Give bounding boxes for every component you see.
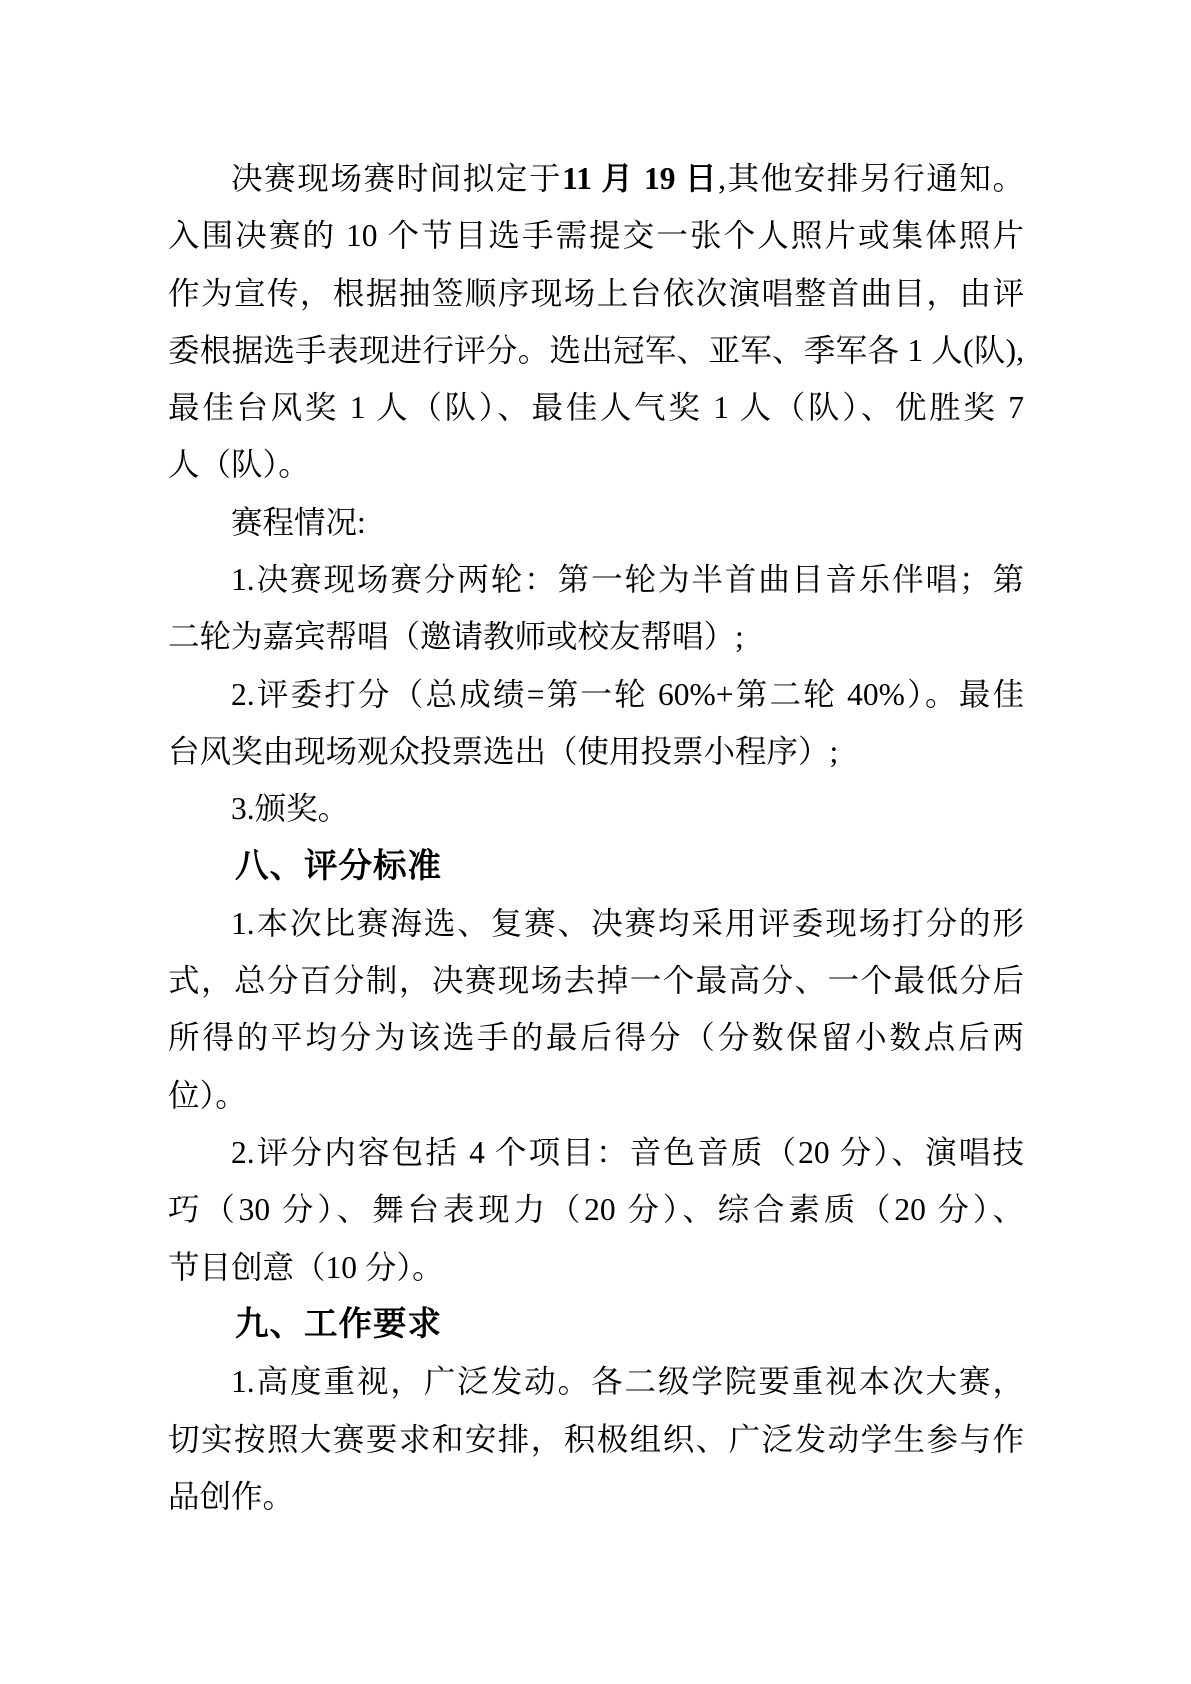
scoring-item1-line2: 式，总分百分制，决赛现场去掉一个最高分、一个最低分后 (168, 952, 1024, 1009)
schedule-item1-line1: 1.决赛现场赛分两轮：第一轮为半首曲目音乐伴唱；第 (168, 551, 1024, 608)
schedule-item1-line2: 二轮为嘉宾帮唱（邀请教师或校友帮唱）; (168, 608, 1024, 665)
finals-time-para-line4: 委根据选手表现进行评分。选出冠军、亚军、季军各 1 人(队), (168, 322, 1024, 379)
word-document-page: 决赛现场赛时间拟定于11 月 19 日,其他安排另行通知。入围决赛的 10 个节… (0, 0, 1191, 1684)
text-run: 2.评委打分（总成绩=第一轮 60%+第二轮 40%）。最佳 (231, 677, 1024, 712)
text-run: 二轮为嘉宾帮唱（邀请教师或校友帮唱）; (168, 619, 744, 654)
document-text-block: 决赛现场赛时间拟定于11 月 19 日,其他安排另行通知。入围决赛的 10 个节… (168, 150, 1024, 1525)
text-run: 最佳台风奖 1 人（队）、最佳人气奖 1 人（队）、优胜奖 7 (168, 390, 1024, 425)
text-run: 委根据选手表现进行评分。选出冠军、亚军、季军各 1 人(队), (168, 333, 1024, 368)
text-run: 切实按照大赛要求和安排，积极组织、广泛发动学生参与作 (168, 1422, 1024, 1457)
text-run: 台风奖由现场观众投票选出（使用投票小程序）; (168, 734, 838, 769)
text-run: 作为宣传，根据抽签顺序现场上台依次演唱整首曲目，由评 (168, 276, 1024, 311)
text-run: 所得的平均分为该选手的最后得分（分数保留小数点后两 (168, 1020, 1024, 1055)
scoring-item2-line2: 巧（30 分）、舞台表现力（20 分）、综合素质（20 分）、 (168, 1181, 1024, 1238)
finals-time-para-line5: 最佳台风奖 1 人（队）、最佳人气奖 1 人（队）、优胜奖 7 (168, 379, 1024, 436)
work-item1-line3: 品创作。 (168, 1468, 1024, 1525)
text-run: 位）。 (168, 1078, 247, 1113)
text-run: 巧（30 分）、舞台表现力（20 分）、综合素质（20 分）、 (168, 1192, 1024, 1227)
section-heading: 八、评分标准 (168, 838, 1024, 895)
text-run: 3.颁奖。 (231, 791, 349, 826)
text-run: 入围决赛的 10 个节目选手需提交一张个人照片或集体照片 (168, 218, 1024, 253)
schedule-item2-line2: 台风奖由现场观众投票选出（使用投票小程序）; (168, 723, 1024, 780)
schedule-item2-line1: 2.评委打分（总成绩=第一轮 60%+第二轮 40%）。最佳 (168, 666, 1024, 723)
scoring-item1-line1: 1.本次比赛海选、复赛、决赛均采用评委现场打分的形 (168, 895, 1024, 952)
text-run: 人（队）。 (168, 447, 310, 482)
text-run: 决赛现场赛时间拟定于 (231, 161, 562, 196)
work-item1-line1: 1.高度重视，广泛发动。各二级学院要重视本次大赛， (168, 1353, 1024, 1410)
text-run: 八、评分标准 (235, 848, 442, 885)
text-run: 品创作。 (168, 1479, 294, 1514)
finals-time-para-line1: 决赛现场赛时间拟定于11 月 19 日,其他安排另行通知。 (168, 150, 1024, 207)
text-run: 1.高度重视，广泛发动。各二级学院要重视本次大赛， (231, 1364, 1024, 1399)
finals-time-para-line3: 作为宣传，根据抽签顺序现场上台依次演唱整首曲目，由评 (168, 265, 1024, 322)
text-run: 1.决赛现场赛分两轮：第一轮为半首曲目音乐伴唱；第 (231, 562, 1024, 597)
section-heading: 九、工作要求 (168, 1296, 1024, 1353)
schedule-intro-line: 赛程情况: (168, 494, 1024, 551)
scoring-item2-line3: 节目创意（10 分）。 (168, 1239, 1024, 1296)
text-run: 1.本次比赛海选、复赛、决赛均采用评委现场打分的形 (231, 906, 1024, 941)
text-run: 九、工作要求 (235, 1306, 442, 1343)
schedule-item3-line: 3.颁奖。 (168, 780, 1024, 837)
bold-text-run: 11 月 19 日 (562, 161, 718, 196)
scoring-item2-line1: 2.评分内容包括 4 个项目：音色音质（20 分）、演唱技 (168, 1124, 1024, 1181)
finals-time-para-line6: 人（队）。 (168, 436, 1024, 493)
text-run: ,其他安排另行通知。 (718, 161, 1024, 196)
finals-time-para-line2: 入围决赛的 10 个节目选手需提交一张个人照片或集体照片 (168, 207, 1024, 264)
scoring-item1-line4: 位）。 (168, 1067, 1024, 1124)
text-run: 节目创意（10 分）。 (168, 1250, 444, 1285)
work-item1-line2: 切实按照大赛要求和安排，积极组织、广泛发动学生参与作 (168, 1411, 1024, 1468)
text-run: 赛程情况: (231, 505, 366, 540)
scoring-item1-line3: 所得的平均分为该选手的最后得分（分数保留小数点后两 (168, 1009, 1024, 1066)
text-run: 式，总分百分制，决赛现场去掉一个最高分、一个最低分后 (168, 963, 1024, 998)
text-run: 2.评分内容包括 4 个项目：音色音质（20 分）、演唱技 (231, 1135, 1024, 1170)
